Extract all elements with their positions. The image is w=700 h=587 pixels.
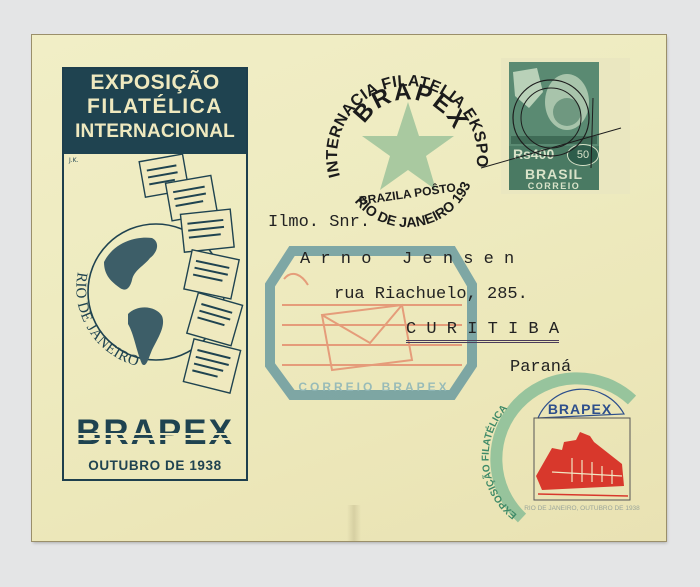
cachet-event-name: BRAPEX bbox=[64, 413, 246, 453]
cachet-title-line3: INTERNACIONAL bbox=[64, 119, 246, 145]
address-city: C U R I T I B A bbox=[406, 320, 559, 343]
brapex-cachet: EXPOSIÇÃO FILATÉLICA INTERNACIONAL J.K. bbox=[62, 67, 248, 481]
stamp-cancel-mark bbox=[501, 58, 630, 194]
address-name: A r n o J e n s e n bbox=[300, 250, 514, 269]
green-cachet-bottom-text: RIO DE JANEIRO, OUTUBRO DE 1938 bbox=[524, 505, 640, 512]
cachet-date: OUTUBRO DE 1938 bbox=[64, 458, 246, 473]
green-cachet-label: BRAPEX bbox=[548, 401, 612, 417]
cachet-title-line1: EXPOSIÇÃO bbox=[64, 69, 246, 95]
cachet-title-line2: FILATÉLICA bbox=[64, 95, 246, 119]
green-exposition-cachet: EXPOSIÇÃO FILATÉLICA BRAPEX RIO DE JANEI… bbox=[482, 378, 662, 528]
address-street: rua Riachuelo, 285. bbox=[334, 285, 528, 304]
blue-cachet-text: CORREIO BRAPEX bbox=[298, 380, 449, 394]
esperanto-postmark: INTERNACIA FILATELIA EKSPOZICIO BRAPEX B… bbox=[318, 58, 498, 238]
cachet-title-block: EXPOSIÇÃO FILATÉLICA INTERNACIONAL bbox=[64, 69, 246, 154]
globe-and-letters-illustration: RIO DE JANEIRO bbox=[64, 154, 246, 409]
postage-stamp: Rs400 50 BRASIL CORREIO bbox=[501, 58, 630, 194]
envelope-crease bbox=[347, 505, 361, 541]
address-salutation: Ilmo. Snr. bbox=[268, 213, 370, 232]
